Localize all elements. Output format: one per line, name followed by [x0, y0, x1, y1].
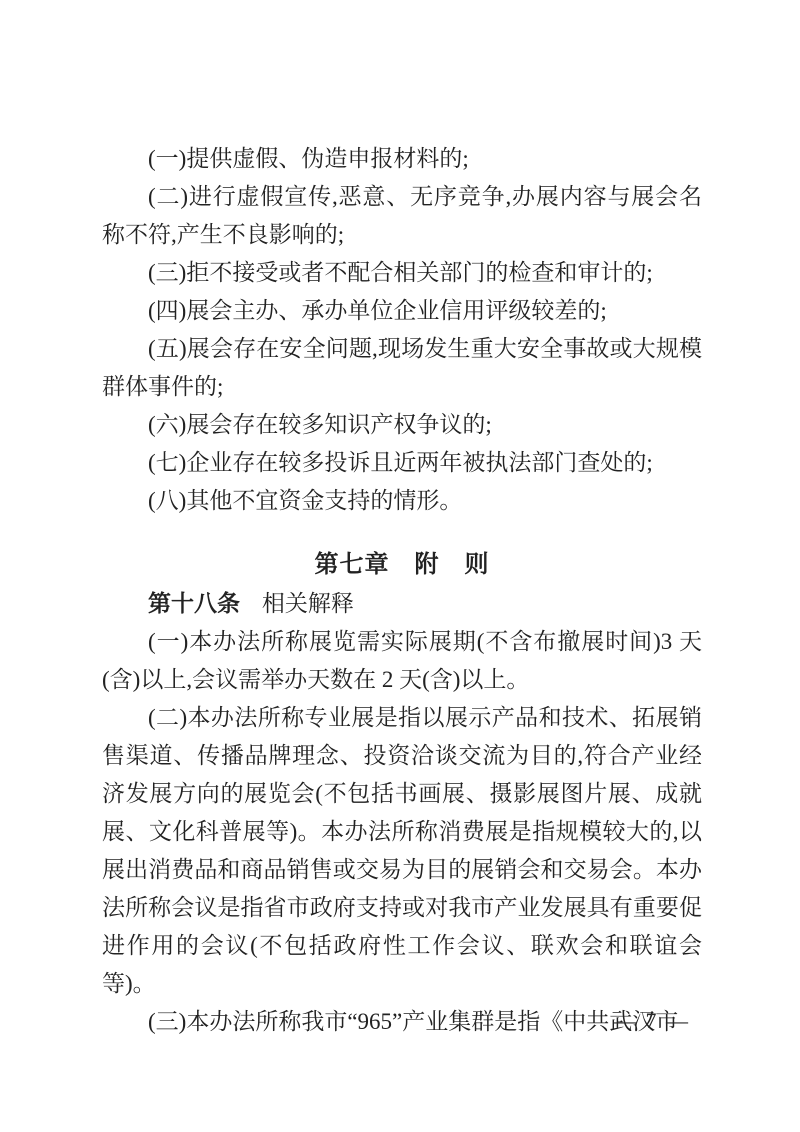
page-number: — 7 — [614, 1008, 690, 1034]
clause-provide-false-materials: (一)提供虚假、伪造申报材料的; [102, 140, 702, 178]
clause-ip-disputes: (六)展会存在较多知识产权争议的; [102, 406, 702, 444]
article-line: 第十八条相关解释 [102, 584, 702, 623]
clause-refuse-inspection: (三)拒不接受或者不配合相关部门的检查和审计的; [102, 254, 702, 292]
clause-complaints-enforcement: (七)企业存在较多投诉且近两年被执法部门查处的; [102, 444, 702, 482]
definition-exhibition-duration: (一)本办法所称展览需实际展期(不含布撤展时间)3 天(含)以上,会议需举办天数… [102, 623, 702, 699]
definition-965-industry-cluster: (三)本办法所称我市“965”产业集群是指《中共武汉市 [102, 1003, 702, 1041]
clause-safety-problems: (五)展会存在安全问题,现场发生重大安全事故或大规模群体事件的; [102, 330, 702, 406]
clause-other-unsuitable: (八)其他不宜资金支持的情形。 [102, 482, 702, 520]
article-number: 第十八条 [148, 590, 240, 616]
chapter-heading: 第七章 附 则 [102, 546, 702, 584]
article-title: 相关解释 [262, 591, 354, 616]
document-page: { "page": { "background": "#ffffff", "te… [0, 0, 800, 1132]
clause-poor-credit-rating: (四)展会主办、承办单位企业信用评级较差的; [102, 292, 702, 330]
definition-professional-exhibition: (二)本办法所称专业展是指以展示产品和技术、拓展销售渠道、传播品牌理念、投资洽谈… [102, 699, 702, 1003]
page-body: (一)提供虚假、伪造申报材料的; (二)进行虚假宣传,恶意、无序竞争,办展内容与… [0, 0, 800, 1132]
clause-false-advertising: (二)进行虚假宣传,恶意、无序竞争,办展内容与展会名称不符,产生不良影响的; [102, 178, 702, 254]
